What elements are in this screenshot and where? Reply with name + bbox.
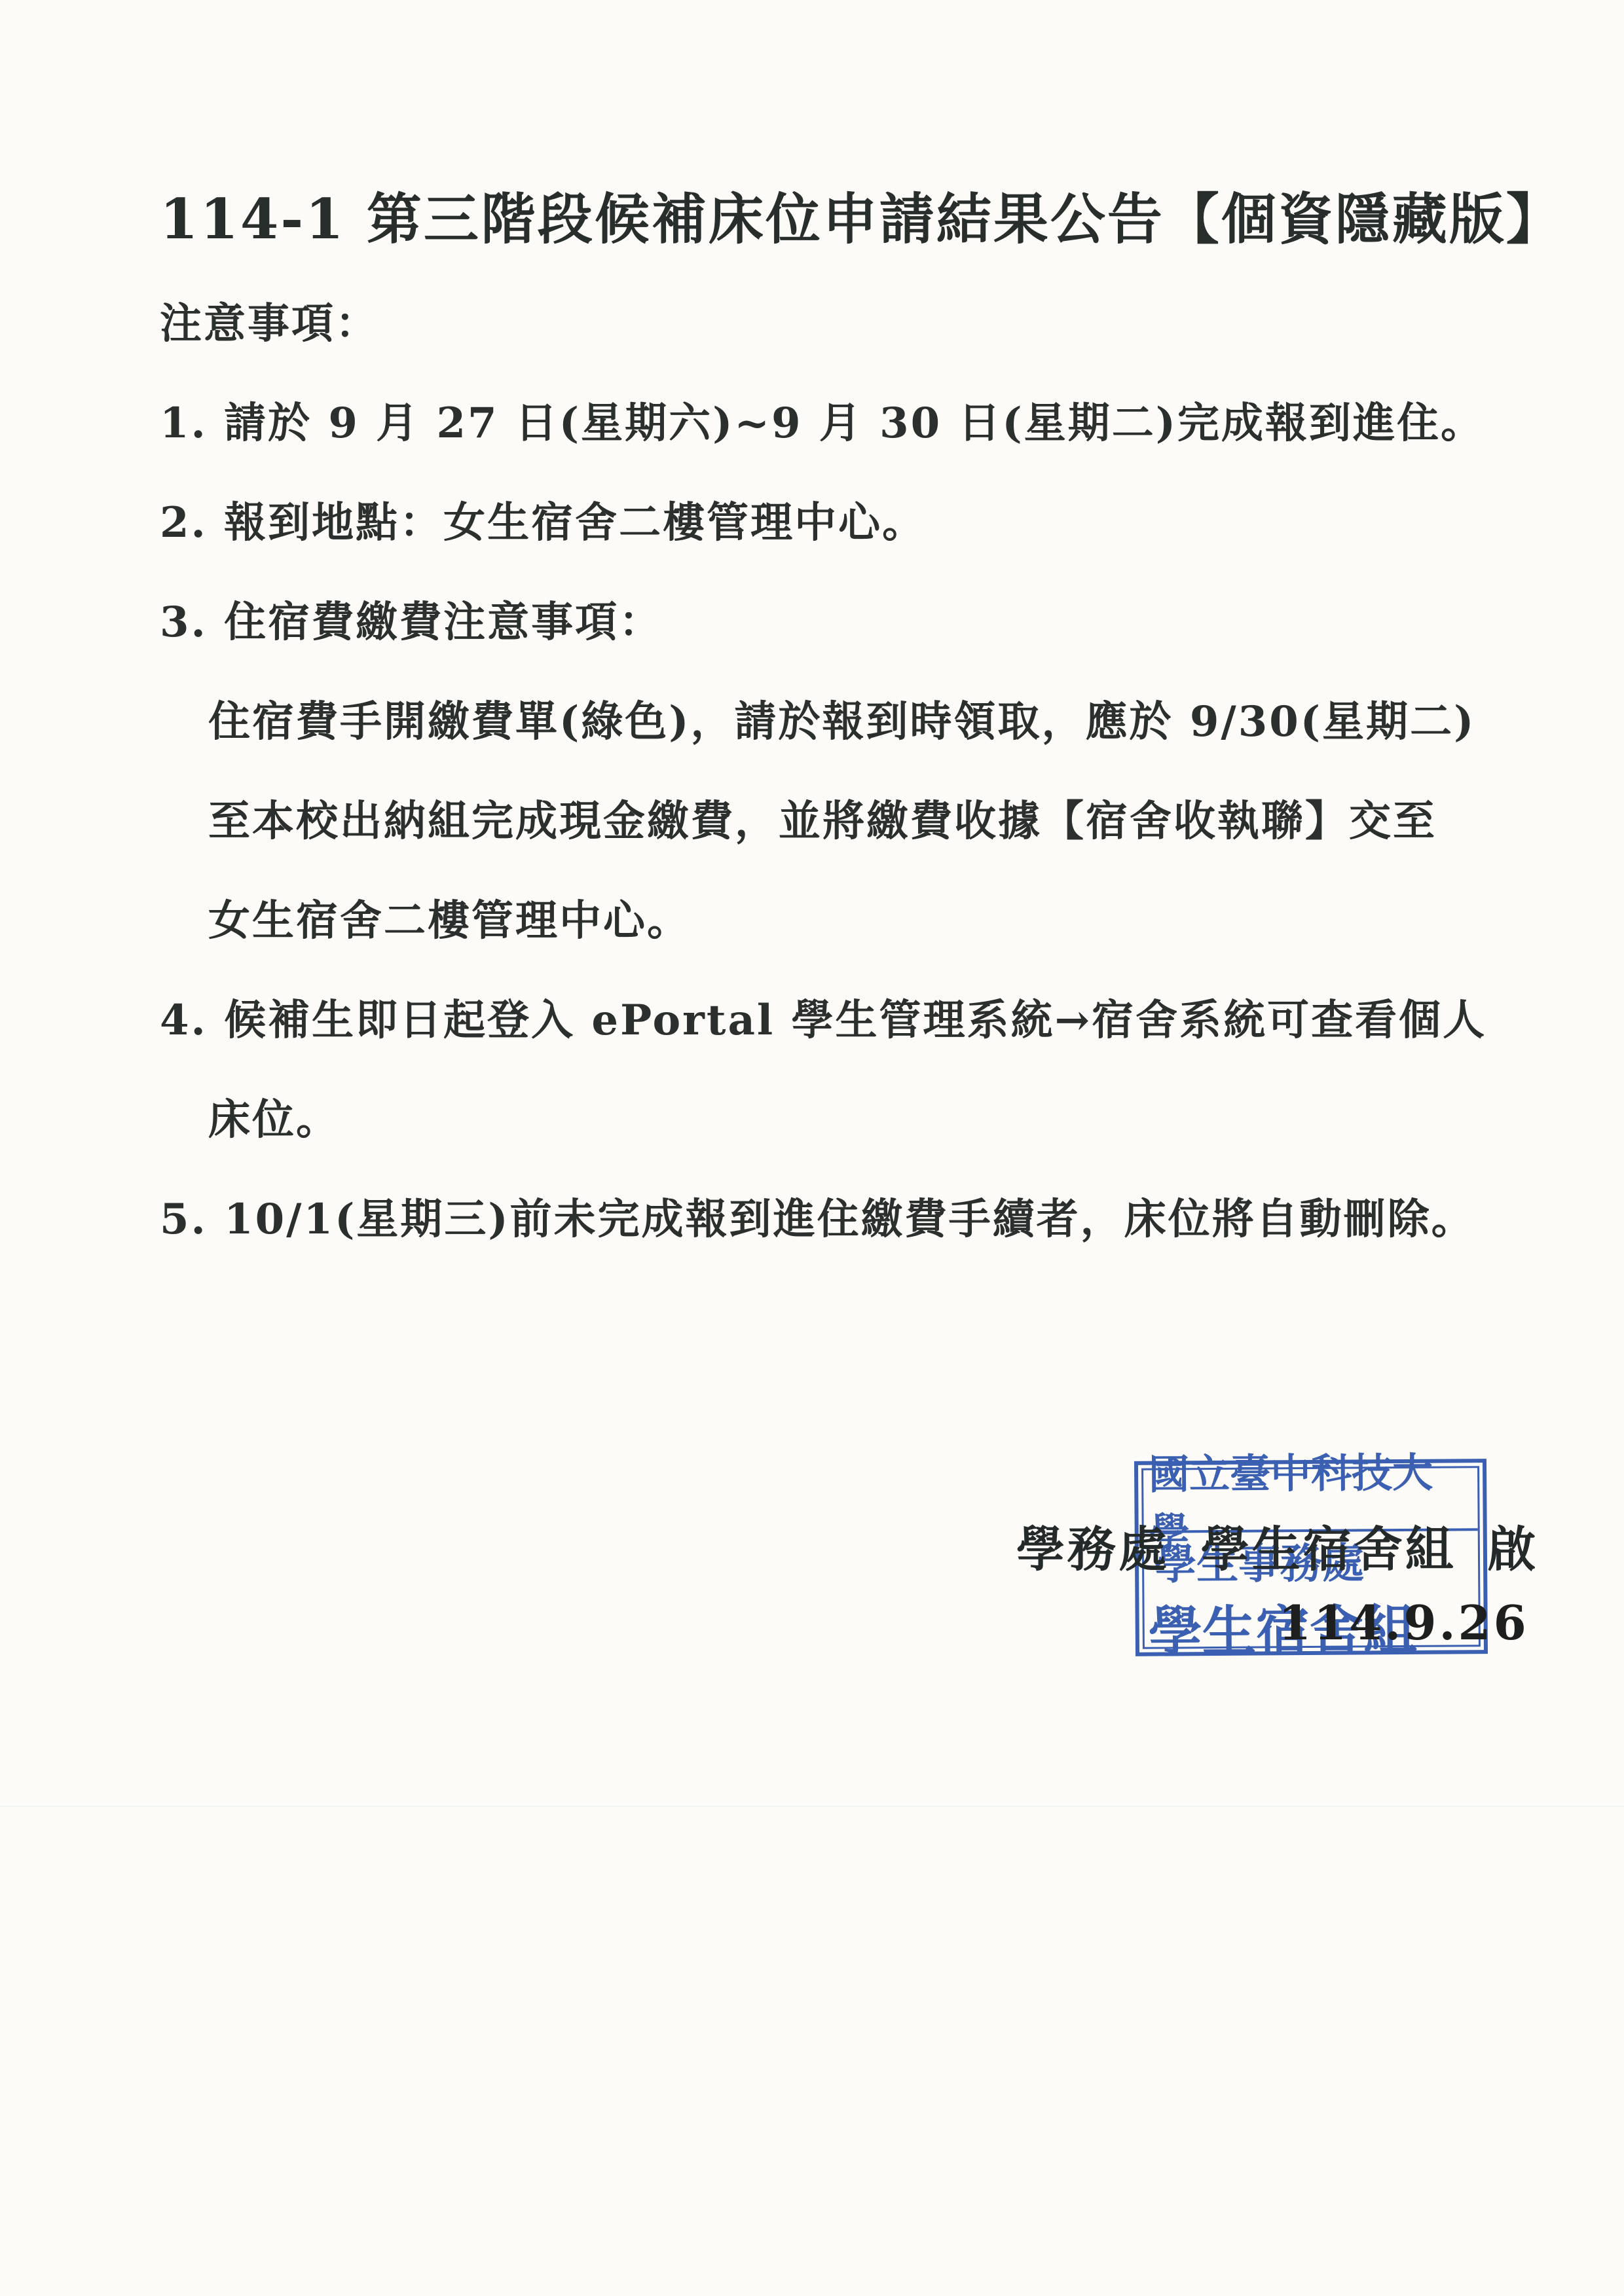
notice-item-3: 3. 住宿費繳費注意事項： — [160, 589, 1489, 688]
notice-item-3-cont-2: 至本校出納組完成現金繳費，並將繳費收據【宿舍收執聯】交至 — [160, 788, 1489, 887]
page-title: 114-1 第三階段候補床位申請結果公告【個資隱藏版】 — [160, 175, 1563, 255]
notice-body: 注意事項： 1. 請於 9 月 27 日(星期六)~9 月 30 日(星期二)完… — [160, 290, 1489, 1285]
notice-item-3-cont-3: 女生宿舍二樓管理中心。 — [160, 887, 1489, 987]
scan-artifact-line — [0, 1806, 1624, 1807]
notice-item-1: 1. 請於 9 月 27 日(星期六)~9 月 30 日(星期二)完成報到進住。 — [160, 390, 1489, 489]
stamp-date: 114.9.26 — [1278, 1595, 1529, 1650]
scanned-notice-page: 114-1 第三階段候補床位申請結果公告【個資隱藏版】 注意事項： 1. 請於 … — [0, 0, 1624, 2296]
notice-item-4: 4. 候補生即日起登入 ePortal 學生管理系統→宿舍系統可查看個人 — [160, 987, 1489, 1086]
notice-heading: 注意事項： — [160, 290, 1489, 390]
signature-line: 學務處 學生宿舍組 啟 — [1016, 1511, 1539, 1580]
notice-item-5: 5. 10/1(星期三)前未完成報到進住繳費手續者，床位將自動刪除。 — [160, 1186, 1489, 1285]
notice-item-2: 2. 報到地點：女生宿舍二樓管理中心。 — [160, 489, 1489, 589]
notice-item-3-cont-1: 住宿費手開繳費單(綠色)，請於報到時領取，應於 9/30(星期二) — [160, 688, 1489, 788]
notice-item-4-cont: 床位。 — [160, 1086, 1489, 1186]
